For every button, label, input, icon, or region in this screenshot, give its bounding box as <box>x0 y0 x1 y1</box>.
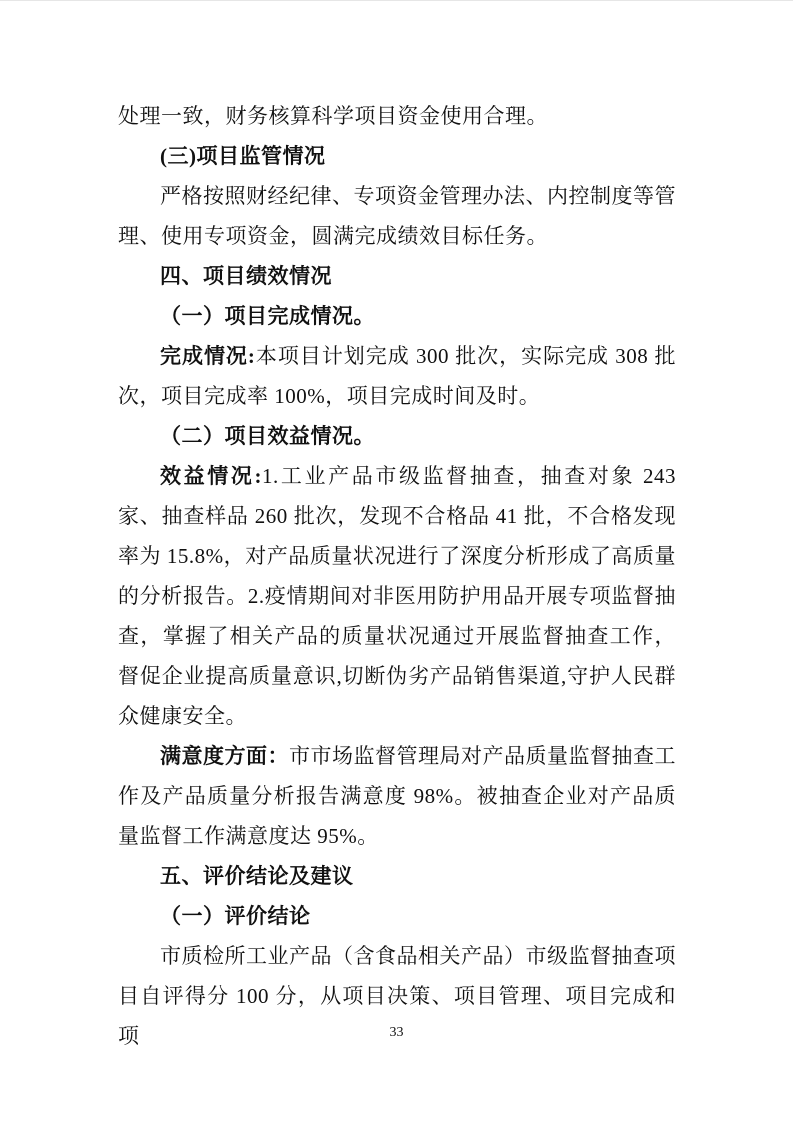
heading-project-benefit: （二）项目效益情况。 <box>118 416 676 456</box>
heading-section-4-performance: 四、项目绩效情况 <box>118 256 676 296</box>
para-benefit-status: 效益情况:1.工业产品市级监督抽查，抽查对象 243 家、抽查样品 260 批次… <box>118 456 676 736</box>
bold-lead-text: 五、评价结论及建议 <box>160 864 354 888</box>
bold-lead-text: (三)项目监管情况 <box>160 144 326 168</box>
bold-lead-text: （二）项目效益情况。 <box>160 424 375 448</box>
para-satisfaction: 满意度方面：市市场监督管理局对产品质量监督抽查工作及产品质量分析报告满意度 98… <box>118 736 676 856</box>
bold-lead-text: 完成情况: <box>160 344 255 368</box>
body-text: 处理一致，财务核算科学项目资金使用合理。 <box>118 104 548 128</box>
page-footer: 33 <box>0 1023 793 1043</box>
para-supervision-detail: 严格按照财经纪律、专项资金管理办法、内控制度等管理、使用专项资金，圆满完成绩效目… <box>118 176 676 256</box>
bold-lead-text: （一）项目完成情况。 <box>160 304 375 328</box>
bold-lead-text: 四、项目绩效情况 <box>160 264 332 288</box>
para-completion-status: 完成情况:本项目计划完成 300 批次，实际完成 308 批次，项目完成率 10… <box>118 336 676 416</box>
heading-section-5-conclusion: 五、评价结论及建议 <box>118 856 676 896</box>
bold-lead-text: （一）评价结论 <box>160 904 311 928</box>
para-financial-accounting: 处理一致，财务核算科学项目资金使用合理。 <box>118 96 676 136</box>
page-number: 33 <box>390 1025 404 1040</box>
body-text: 严格按照财经纪律、专项资金管理办法、内控制度等管理、使用专项资金，圆满完成绩效目… <box>118 184 676 248</box>
heading-evaluation-conclusion: （一）评价结论 <box>118 896 676 936</box>
heading-project-supervision: (三)项目监管情况 <box>118 136 676 176</box>
document-body: 处理一致，财务核算科学项目资金使用合理。(三)项目监管情况严格按照财经纪律、专项… <box>118 96 676 1056</box>
document-page: 处理一致，财务核算科学项目资金使用合理。(三)项目监管情况严格按照财经纪律、专项… <box>0 0 793 1122</box>
heading-project-completion: （一）项目完成情况。 <box>118 296 676 336</box>
body-text: 1.工业产品市级监督抽查，抽查对象 243 家、抽查样品 260 批次，发现不合… <box>118 464 676 728</box>
bold-lead-text: 满意度方面： <box>160 744 289 768</box>
bold-lead-text: 效益情况: <box>160 464 262 488</box>
